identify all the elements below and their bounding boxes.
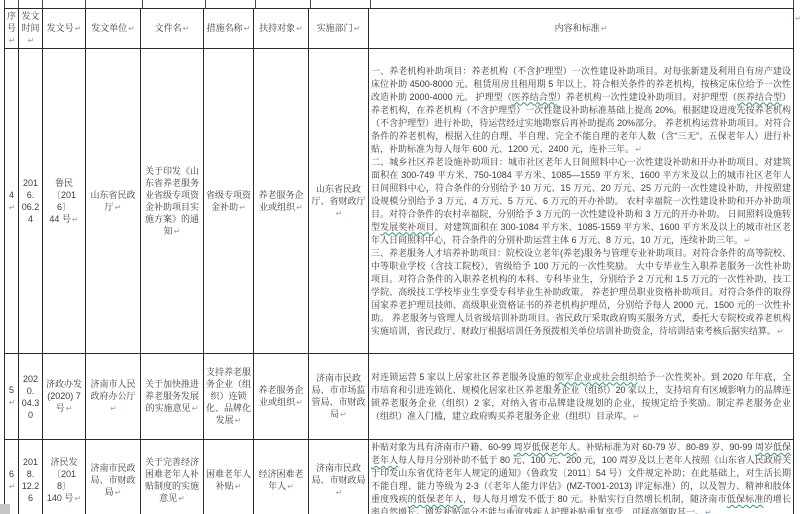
table-header-row: 序号↵ 发文 时间↵ 发文号↵ 发文单位↵ 文件名↵ 措施名称↵ 扶持对象↵ 实… — [5, 9, 794, 49]
paragraph-mark: ↵ — [776, 327, 784, 336]
paragraph-mark: ↵ — [109, 404, 117, 413]
text-run: 。补贴标准为对 60-79 岁、80-89 岁、90-99 — [577, 442, 755, 452]
table-row-6: 6↵ 2018. 12.26 济民发 〔2018〕 140 号↵ 济南市民政局、… — [5, 440, 794, 514]
row5-implementing-dept[interactable]: 济南市民政局、市市场监管局、市财政局↵ — [309, 354, 369, 440]
header-issuing-unit[interactable]: 发文单位↵ — [86, 9, 141, 49]
paragraph-mark: ↵ — [8, 482, 16, 491]
row5-issuing-unit-value: 济南市人民政府办公厅 — [90, 379, 135, 401]
paragraph-mark: ↵ — [65, 404, 73, 413]
row5-doc-number-value: 济政办发 (2020) 7 号 — [46, 379, 82, 413]
paragraph-mark: ↵ — [8, 36, 16, 45]
paragraph-mark: ↵ — [127, 24, 135, 33]
after-table-mark — [511, 505, 517, 511]
row4-file-name-value: 关于印发《山东省养老服务业省级专项资金补助项目实施方案》的通知 — [145, 166, 199, 236]
row6-support-target-value: 经济困难老年人 — [258, 469, 303, 491]
header-support-target[interactable]: 扶持对象↵ — [254, 9, 309, 49]
row4-file-name[interactable]: 关于印发《山东省养老服务业省级专项资金补助项目实施方案》的通知↵ — [141, 49, 204, 354]
row4-serial[interactable]: 4↵ — [5, 49, 19, 354]
row6-issuing-unit[interactable]: 济南市民政局、市财政局↵ — [86, 440, 141, 514]
paragraph-mark: ↵ — [704, 508, 712, 514]
paragraph-mark: ↵ — [114, 203, 122, 212]
row6-issuing-unit-value: 济南市民政局、市财政局 — [90, 463, 135, 497]
content-paragraph: 补贴对象为具有济南市户籍、60-99 周岁低保老年人。补贴标准为对 60-79 … — [371, 441, 791, 514]
header-serial-number[interactable]: 序号↵ — [5, 9, 19, 49]
workspace-corner — [0, 504, 10, 514]
row6-file-name-value: 关于完善经济困难老年人补贴制度的实施意见 — [145, 457, 199, 503]
header-implementing-dept[interactable]: 实施部门↵ — [309, 9, 369, 49]
row5-doc-number[interactable]: 济政办发 (2020) 7 号↵ — [43, 354, 86, 440]
text-run: ，每人每月增发不低于 80 元。补贴实行自然增长机制，随济南市 — [463, 494, 727, 504]
word-document-page: { "para_mark": "↵", "header": { "xh": "序… — [0, 0, 800, 514]
row6-implementing-dept-value: 济南市民政局、市财政局 — [311, 463, 365, 485]
row6-serial[interactable]: 6↵ — [5, 440, 19, 514]
row6-implementing-dept[interactable]: 济南市民政局、市财政局↵ — [309, 440, 369, 514]
paragraph-mark: ↵ — [295, 398, 303, 407]
text-run: 三、养老服务人才培养补助项目：院校设立老年(养老)服务与管理专业补助项目。对符合… — [371, 248, 791, 336]
paragraph-mark: ↵ — [632, 412, 640, 421]
row4-issuing-unit-value: 山东省民政厅 — [90, 190, 135, 212]
grammar-flagged-text-run: 医养结合型 — [512, 92, 557, 102]
content-paragraph: 对连锁运营 5 家以上居家社区养老服务设施的领军企业或社会组织给予一次性奖补。到… — [371, 371, 791, 423]
row6-file-name[interactable]: 关于完善经济困难老年人补贴制度的实施意见↵ — [141, 440, 204, 514]
row6-content-standards[interactable]: 补贴对象为具有济南市户籍、60-99 周岁低保老年人。补贴标准为对 60-79 … — [369, 440, 794, 514]
header-support-target-label: 扶持对象 — [259, 23, 295, 33]
row4-issue-date-value: 2016. 06.24 — [22, 178, 40, 224]
row6-serial-value: 6 — [9, 469, 14, 479]
row5-support-target[interactable]: 养老服务企业或组织↵ — [254, 354, 309, 440]
paragraph-mark: ↵ — [191, 404, 199, 413]
row6-issue-date-value: 2018. 12.26 — [22, 457, 40, 503]
paragraph-mark: ↵ — [27, 36, 35, 45]
text-run: ）养老机构一次性建设补助项目。对护理型（ — [557, 92, 737, 102]
header-measure-name-label: 措施名称 — [207, 23, 243, 33]
paragraph-mark: ↵ — [73, 494, 81, 503]
row5-serial[interactable]: 5↵ — [5, 354, 19, 440]
paragraph-mark: ↵ — [74, 24, 82, 33]
row5-measure-name[interactable]: 支持养老服务企业（组织）连锁化、品牌化发展↵ — [204, 354, 254, 440]
header-doc-number-label: 发文号 — [47, 23, 74, 33]
row4-support-target[interactable]: 养老服务企业或组织↵ — [254, 49, 309, 354]
header-issue-date[interactable]: 发文 时间↵ — [19, 9, 43, 49]
content-paragraph: 三、养老服务人才培养补助项目：院校设立老年(养老)服务与管理专业补助项目。对符合… — [371, 247, 791, 338]
paragraph-mark: ↵ — [8, 203, 16, 212]
row4-serial-value: 4 — [9, 190, 14, 200]
row5-measure-name-value: 支持养老服务企业（组织）连锁化、品牌化发展 — [206, 367, 251, 425]
paragraph-mark: ↵ — [243, 24, 251, 33]
paragraph-mark: ↵ — [286, 482, 294, 491]
row6-measure-name[interactable]: 困难老年人补贴↵ — [204, 440, 254, 514]
paragraph-mark: ↵ — [182, 24, 190, 33]
policy-measures-table: 序号↵ 发文 时间↵ 发文号↵ 发文单位↵ 文件名↵ 措施名称↵ 扶持对象↵ 实… — [4, 8, 794, 514]
table-row-5: 5↵ 2020. 04.30 济政办发 (2020) 7 号↵ 济南市人民政府办… — [5, 354, 794, 440]
paragraph-mark: ↵ — [114, 488, 122, 497]
paragraph-mark: ↵ — [335, 488, 343, 497]
text-run: 补贴对象为具有济南市户籍、60-99 — [371, 442, 514, 452]
paragraph-mark: ↵ — [234, 482, 242, 491]
header-measure-name[interactable]: 措施名称↵ — [204, 9, 254, 49]
header-issuing-unit-label: 发文单位 — [91, 23, 127, 33]
paragraph-mark: ↵ — [295, 24, 303, 33]
grammar-flagged-text-run: 医养结合型 — [737, 92, 782, 102]
paragraph-mark: ↵ — [177, 494, 185, 503]
paragraph-mark: ↵ — [743, 236, 751, 245]
paragraph-mark: ↵ — [634, 145, 642, 154]
row5-issue-date-value: 2020. 04.30 — [22, 374, 40, 420]
grammar-flagged-text-run: 的低保老年人 — [408, 494, 463, 504]
paragraph-mark: ↵ — [8, 398, 16, 407]
paragraph-mark: ↵ — [353, 24, 361, 33]
row5-content-standards[interactable]: 对连锁运营 5 家以上居家社区养老服务设施的领军企业或社会组织给予一次性奖补。到… — [369, 354, 794, 440]
paragraph-mark: ↵ — [234, 416, 242, 425]
row4-measure-name[interactable]: 省级专项资金补助↵ — [204, 49, 254, 354]
grammar-flagged-text-run: 低保标准 — [727, 494, 764, 504]
row4-implementing-dept[interactable]: 山东省民政厅、省财政厅↵ — [309, 49, 369, 354]
header-content-standards[interactable]: 内容和标准↵ — [369, 9, 794, 49]
row4-issuing-unit[interactable]: 山东省民政厅↵ — [86, 49, 141, 354]
row5-serial-value: 5 — [9, 385, 14, 395]
paragraph-mark: ↵ — [335, 209, 343, 218]
row6-measure-name-value: 困难老年人补贴 — [206, 469, 251, 491]
row6-issue-date[interactable]: 2018. 12.26 — [19, 440, 43, 514]
row5-issue-date[interactable]: 2020. 04.30 — [19, 354, 43, 440]
grammar-flagged-text-run: 周岁低保老年人 — [514, 442, 577, 452]
paragraph-mark: ↵ — [339, 410, 347, 419]
paragraph-mark: ↵ — [600, 24, 608, 33]
paragraph-mark: ↵ — [173, 227, 181, 236]
header-doc-number[interactable]: 发文号↵ — [43, 9, 86, 49]
header-content-standards-label: 内容和标准 — [555, 23, 600, 33]
content-paragraph: 一、养老机构补助项目：养老机构（不含护理型）一次性建设补助项目。对每张新建及利用… — [371, 65, 791, 156]
text-run: 对连锁运营 5 家以上居家社区养老服务设施的 — [371, 372, 555, 382]
row6-support-target[interactable]: 经济困难老年人↵ — [254, 440, 309, 514]
header-issue-date-label: 发文 时间 — [21, 11, 39, 33]
row4-implementing-dept-value: 山东省民政厅、省财政厅 — [311, 184, 365, 206]
header-file-name-label: 文件名 — [155, 23, 182, 33]
text-run: 。对建筑面积在 300-1084 平方米、1085-1559 平方米、1600 … — [371, 222, 791, 245]
row-end-mark: ↵ — [795, 14, 800, 23]
paragraph-mark: ↵ — [295, 203, 303, 212]
content-paragraph: 二、城乡社区养老设施补助项目：城市社区老年人日间照料中心一次性建设补助和开办补助… — [371, 156, 791, 247]
grammar-flagged-text-run: 领军企业或社会组织 — [555, 372, 637, 382]
row5-file-name[interactable]: 关于加快推进养老服务发展的实施意见↵ — [141, 354, 204, 440]
row4-doc-number[interactable]: 鲁民 〔2016〕 44 号↵ — [43, 49, 86, 354]
header-implementing-dept-label: 实施部门 — [317, 23, 353, 33]
row4-content-standards[interactable]: 一、养老机构补助项目：养老机构（不含护理型）一次性建设补助项目。对每张新建及利用… — [369, 49, 794, 354]
header-serial-number-label: 序号 — [7, 11, 16, 33]
paragraph-mark: ↵ — [238, 203, 246, 212]
text-run: 二、城乡社区养老设施补助项目：城市社区老年人日间照料中心一次性建设补助和开办补助… — [371, 157, 791, 232]
table-row-4: 4↵ 2016. 06.24 鲁民 〔2016〕 44 号↵ 山东省民政厅↵ 关… — [5, 49, 794, 354]
row6-doc-number[interactable]: 济民发 〔2018〕 140 号↵ — [43, 440, 86, 514]
paragraph-mark: ↵ — [71, 215, 79, 224]
row4-issue-date[interactable]: 2016. 06.24 — [19, 49, 43, 354]
header-file-name[interactable]: 文件名↵ — [141, 9, 204, 49]
row5-issuing-unit[interactable]: 济南市人民政府办公厅↵ — [86, 354, 141, 440]
grammar-flagged-text-run: 发展奖补项目 — [380, 222, 434, 232]
